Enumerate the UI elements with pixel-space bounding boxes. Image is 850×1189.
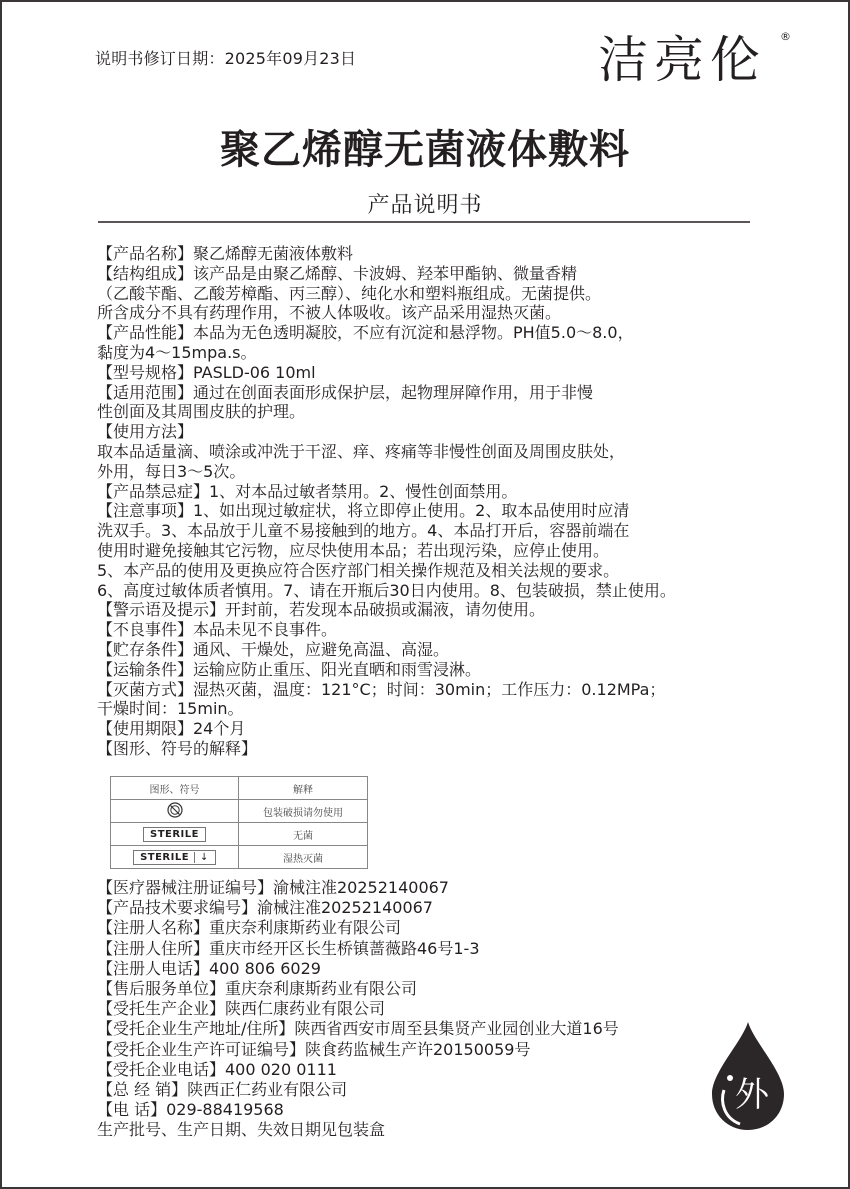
section-manufacturer-address: 【受托企业生产地址/住所】陕西省西安市周至县集贤产业园创业大道16号 [97, 1019, 777, 1039]
section-usage: 【使用方法】 [97, 422, 777, 442]
section-composition-cont: 所含成分不具有药理作用，不被人体吸收。该产品采用湿热灭菌。 [97, 303, 777, 323]
section-precautions-cont: 6、高度过敏体质者慎用。7、请在开瓶后30日内使用。8、包装破损，禁止使用。 [97, 581, 777, 601]
symbol-meaning: 无菌 [239, 823, 368, 846]
table-row: 包装破损请勿使用 [111, 800, 368, 823]
sterile-text: STERILE [140, 852, 189, 863]
section-storage: 【贮存条件】通风、干燥处，应避免高温、高湿。 [97, 640, 777, 660]
registered-mark: ® [780, 30, 791, 43]
document-subtitle: 产品说明书 [0, 188, 850, 219]
section-tech-requirement-no: 【产品技术要求编号】渝械注准20252140067 [97, 898, 777, 918]
product-title: 聚乙烯醇无菌液体敷料 [0, 118, 850, 175]
do-not-use-if-damaged-icon [167, 810, 183, 821]
symbol-meaning: 包装破损请勿使用 [239, 800, 368, 823]
header-divider [98, 221, 750, 223]
section-registrant-address: 【注册人住所】重庆市经开区长生桥镇蔷薇路46号1-3 [97, 939, 777, 959]
section-usage-cont: 取本品适量滴、喷涂或冲洗于干涩、痒、疼痛等非慢性创面及周围皮肤处， [97, 442, 777, 462]
section-transport: 【运输条件】运输应防止重压、阳光直晒和雨雪浸淋。 [97, 660, 777, 680]
section-performance-cont: 黏度为4～15mpa.s。 [97, 343, 777, 363]
table-header-row: 图形、符号 解释 [111, 777, 368, 800]
section-sterilization-cont: 干燥时间：15min。 [97, 699, 777, 719]
section-composition: 【结构组成】该产品是由聚乙烯醇、卡波姆、羟苯甲酯钠、微量香精 [97, 264, 777, 284]
section-precautions-cont: 使用时避免接触其它污物，应尽快使用本品；若出现污染，应停止使用。 [97, 541, 777, 561]
section-model: 【型号规格】PASLD-06 10ml [97, 363, 777, 383]
table-header: 图形、符号 [111, 777, 239, 800]
external-use-drop-icon: 外 [708, 1020, 788, 1132]
section-adverse-events: 【不良事件】本品未见不良事件。 [97, 620, 777, 640]
section-contraindications: 【产品禁忌症】1、对本品过敏者禁用。2、慢性创面禁用。 [97, 482, 777, 502]
revision-date: 说明书修订日期：2025年09月23日 [95, 46, 356, 69]
section-precautions-cont: 洗双手。3、本品放于儿童不易接触到的地方。4、本品打开后，容器前端在 [97, 521, 777, 541]
section-usage-cont: 外用，每日3～5次。 [97, 462, 777, 482]
section-shelf-life: 【使用期限】24个月 [97, 719, 777, 739]
table-row: STERILE 无菌 [111, 823, 368, 846]
section-sterilization: 【灭菌方式】湿热灭菌，温度：121°C；时间：30min；工作压力：0.12MP… [97, 680, 777, 700]
section-manufacturer-license: 【受托企业生产许可证编号】陕食药监械生产许20150059号 [97, 1040, 777, 1060]
section-product-name: 【产品名称】聚乙烯醇无菌液体敷料 [97, 244, 777, 264]
section-composition-cont: （乙酸苄酯、乙酸芳樟酯、丙三醇）、纯化水和塑料瓶组成。无菌提供。 [97, 284, 777, 304]
symbol-table: 图形、符号 解释 包装破损请勿使用 STERILE 无菌 STERILE↓ 湿热… [110, 776, 368, 869]
section-manufacturer: 【受托生产企业】陕西仁康药业有限公司 [97, 999, 777, 1019]
table-row: STERILE↓ 湿热灭菌 [111, 846, 368, 869]
instructions-top: 【产品名称】聚乙烯醇无菌液体敷料 【结构组成】该产品是由聚乙烯醇、卡波姆、羟苯甲… [97, 244, 777, 759]
section-symbols: 【图形、符号的解释】 [97, 739, 777, 759]
section-registrant-name: 【注册人名称】重庆奈利康斯药业有限公司 [97, 918, 777, 938]
section-batch-note: 生产批号、生产日期、失效日期见包装盒 [97, 1120, 777, 1140]
sterile-label: STERILE [143, 827, 206, 842]
section-distributor: 【总 经 销】陕西正仁药业有限公司 [97, 1080, 777, 1100]
table-header: 解释 [239, 777, 368, 800]
sterile-steam-label: STERILE↓ [133, 850, 216, 865]
symbol-meaning: 湿热灭菌 [239, 846, 368, 869]
section-warnings: 【警示语及提示】开封前，若发现本品破损或漏液，请勿使用。 [97, 600, 777, 620]
section-precautions: 【注意事项】1、如出现过敏症状，将立即停止使用。2、取本品使用时应清 [97, 501, 777, 521]
brand-logo: 洁亮伦 [598, 30, 766, 90]
section-scope: 【适用范围】通过在创面表面形成保护层，起物理屏障作用，用于非慢 [97, 383, 777, 403]
section-performance: 【产品性能】本品为无色透明凝胶，不应有沉淀和悬浮物。PH值5.0～8.0， [97, 323, 777, 343]
section-service-unit: 【售后服务单位】重庆奈利康斯药业有限公司 [97, 979, 777, 999]
instructions-bottom: 【医疗器械注册证编号】渝械注准20252140067 【产品技术要求编号】渝械注… [97, 878, 777, 1141]
arrow-down-icon: ↓ [194, 852, 209, 863]
section-scope-cont: 性创面及其周围皮肤的护理。 [97, 402, 777, 422]
external-use-label: 外 [735, 1075, 770, 1115]
section-registration-no: 【医疗器械注册证编号】渝械注准20252140067 [97, 878, 777, 898]
section-manufacturer-phone: 【受托企业电话】400 020 0111 [97, 1060, 777, 1080]
section-registrant-phone: 【注册人电话】400 806 6029 [97, 959, 777, 979]
section-phone: 【电 话】029-88419568 [97, 1100, 777, 1120]
section-precautions-cont: 5、本产品的使用及更换应符合医疗部门相关操作规范及相关法规的要求。 [97, 561, 777, 581]
